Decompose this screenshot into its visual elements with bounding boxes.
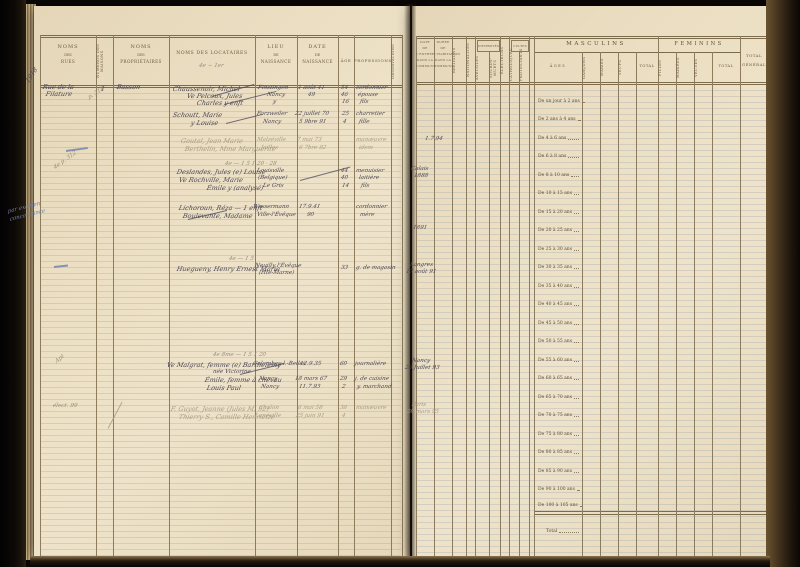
hw-birthdate: 7 mai 73 bbox=[296, 138, 322, 144]
ditto-stroke bbox=[226, 114, 263, 124]
hw-entry-place: Nancy bbox=[411, 359, 430, 365]
hw-elect-note: élect. 99 bbox=[52, 404, 78, 410]
hw-profession: g. de magasin bbox=[355, 266, 396, 272]
hw-age: 33 bbox=[340, 266, 348, 272]
hw-age: 38 bbox=[339, 406, 347, 412]
hw-birthplace: Nancy bbox=[258, 377, 277, 383]
handwriting-layer: 1918 Rue de la Filature 1 Basson p. 318 … bbox=[0, 0, 800, 567]
hw-birthdate: 22 juillet 70 bbox=[294, 112, 329, 118]
hw-birthdate: 49 bbox=[307, 93, 315, 99]
hw-age: 54 bbox=[340, 86, 348, 92]
hw-birthplace: Wassermann bbox=[252, 205, 289, 211]
hw-birthplace: Nancy bbox=[266, 93, 285, 99]
hw-street-line2: Filature bbox=[45, 91, 73, 98]
hw-birthdate: 5 9bre 91 bbox=[298, 120, 327, 126]
hw-group-note-7: 4e 8me — 1 5 1 20 bbox=[212, 353, 266, 359]
hw-tenant: Émile y (analysé) bbox=[206, 185, 264, 192]
hw-pencil-note: Apt bbox=[55, 354, 65, 366]
hw-entry-date: 26 Juillet 93 bbox=[404, 366, 440, 372]
hw-birthplace: Chalon bbox=[258, 406, 279, 412]
hw-age: 2 bbox=[341, 385, 346, 391]
hw-folio-note: 1918 bbox=[25, 66, 39, 85]
hw-birthplace: Ville-l'Évêque bbox=[256, 213, 296, 219]
hw-age: 4 bbox=[341, 414, 346, 420]
hw-age: 46 bbox=[340, 93, 348, 99]
hw-birthplace: Nancy bbox=[262, 120, 281, 126]
hw-profession: épouse bbox=[357, 93, 378, 99]
hw-entry-place: Paris bbox=[411, 403, 426, 409]
hw-profession: manœuvre bbox=[355, 138, 387, 144]
hw-birthdate: 90 bbox=[306, 213, 314, 219]
hw-birthplace: Malzéville bbox=[256, 138, 286, 144]
hw-birthdate: 17.9.41 bbox=[298, 205, 321, 211]
blue-dash bbox=[66, 147, 88, 152]
hw-birthplace: Neuilly l'Évêque bbox=[254, 264, 302, 270]
hw-profession: j. de cuisine bbox=[354, 377, 389, 383]
hw-profession: idem bbox=[358, 146, 373, 152]
hw-entry-date: 20 mars 95 bbox=[406, 410, 439, 416]
hw-entry-date: 1.7.94 bbox=[424, 137, 443, 143]
hw-profession: laitière bbox=[358, 176, 379, 182]
cross-stroke bbox=[108, 402, 123, 429]
hw-entry-date: 1888 bbox=[413, 174, 428, 180]
hw-profession: cordonnier bbox=[355, 86, 387, 92]
hw-birthdate: 6 7bre 92 bbox=[298, 146, 327, 152]
hw-birthdate: 12.9.35 bbox=[299, 362, 322, 368]
hw-tenant: Goutal, Jean Marie bbox=[180, 138, 244, 145]
hw-tenant: y Louise bbox=[190, 120, 219, 127]
census-register-photo: NOMS DES RUES NUMÉROS DES MAISONS NOMS D… bbox=[0, 0, 800, 567]
hw-age: 29 bbox=[339, 377, 347, 383]
hw-tenant: F. Guyot, Jeanne (Jules M. 92) bbox=[170, 406, 270, 413]
hw-group-note-6: 4e — 1 5 bbox=[228, 257, 254, 263]
hw-profession: y. marchand bbox=[356, 385, 392, 391]
hw-birthdate: 18 mars 67 bbox=[294, 377, 327, 383]
hw-profession: fille bbox=[358, 120, 370, 126]
hw-tenant: Schoutt, Marie bbox=[172, 112, 223, 119]
hw-profession: manœuvre bbox=[355, 406, 387, 412]
hw-page-ref: p. 318 bbox=[88, 87, 105, 102]
hw-profession: menuisier bbox=[355, 169, 385, 175]
hw-age: 14 bbox=[341, 184, 349, 190]
hw-birthplace: Louisville bbox=[256, 169, 284, 175]
hw-header-note: 4e ~ 1er bbox=[198, 64, 224, 70]
hw-birthplace: (Belgique) bbox=[257, 176, 288, 182]
hw-group-note-4: 4e — 1 5 1 20 · 28 bbox=[224, 162, 277, 168]
hw-entry-place: Langres bbox=[409, 263, 433, 269]
hw-profession: fils bbox=[360, 184, 370, 190]
hw-age: 25 bbox=[341, 112, 349, 118]
hw-age: 16 bbox=[341, 100, 349, 106]
hw-age: 60 bbox=[339, 362, 347, 368]
hw-age: 4 bbox=[342, 120, 347, 126]
hw-birthdate: 6 mai 58 bbox=[297, 406, 323, 412]
hw-birthdate: 11.7.93 bbox=[298, 385, 321, 391]
hw-proprietor: Basson bbox=[116, 84, 141, 91]
hw-profession: fils bbox=[359, 100, 369, 106]
hw-tenant: Ve Rochville, Marie bbox=[178, 177, 244, 184]
hw-profession: charretier bbox=[355, 112, 385, 118]
hw-birthplace: (Hte-Marne) bbox=[258, 271, 295, 277]
hw-age: 40 bbox=[340, 176, 348, 182]
hw-birthplace: y bbox=[272, 100, 276, 106]
hw-ref2: 4e p. 312 bbox=[54, 151, 78, 172]
hw-birthplace: Jailles bbox=[260, 146, 278, 152]
hw-tenant: Deslandes, Jules (e) Louise bbox=[176, 169, 266, 176]
hw-entry-place: Calais bbox=[410, 167, 429, 173]
hw-birthplace: Le Gris bbox=[262, 184, 284, 190]
hw-entry-date: 17 août 91 bbox=[405, 270, 437, 276]
hw-profession: cordonnier bbox=[355, 205, 387, 211]
hw-entry-date: 1891 bbox=[412, 226, 427, 232]
hw-profession: mère bbox=[359, 213, 375, 219]
hw-birthdate: 25 juin 91 bbox=[295, 414, 325, 420]
hw-birthplace: Nancy bbox=[260, 385, 279, 391]
hw-profession: journalière bbox=[354, 362, 386, 368]
hw-birthdate: 1 août 41 bbox=[297, 86, 325, 92]
blue-dash bbox=[54, 265, 68, 268]
hw-birthplace: Lunéville bbox=[254, 414, 281, 420]
hw-tenant: Louis Paul bbox=[206, 385, 242, 392]
